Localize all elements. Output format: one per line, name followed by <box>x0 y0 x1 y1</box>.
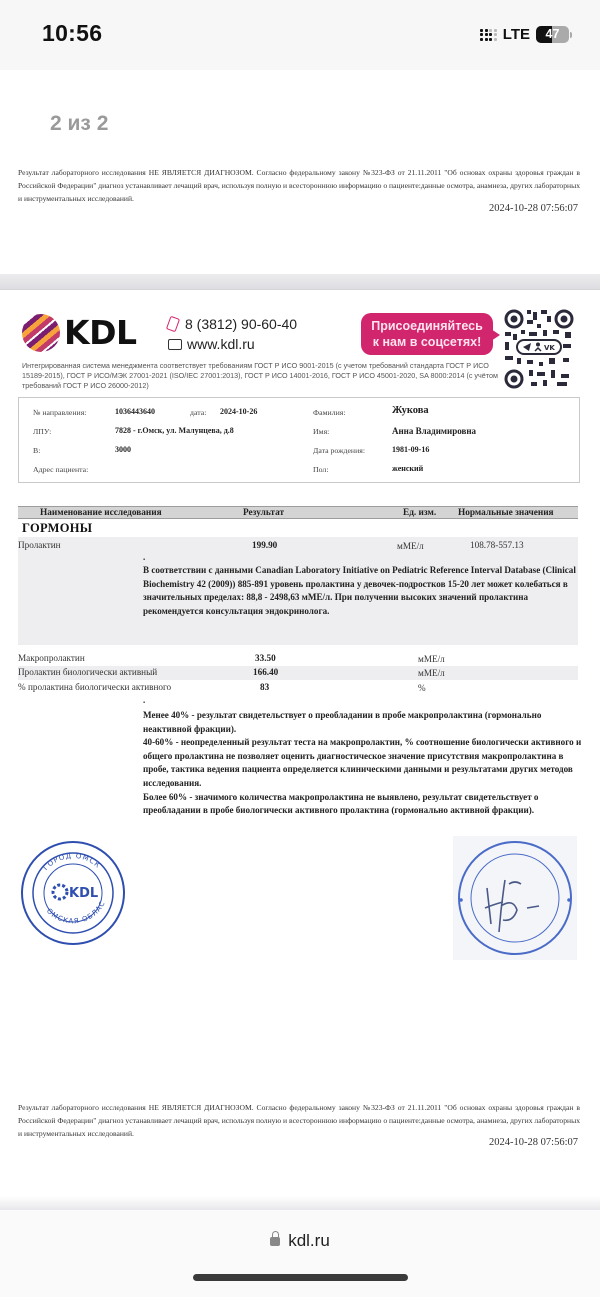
prolactin-note: В соответствии с данными Canadian Labora… <box>143 564 583 618</box>
row-name: % пролактина биологически активного <box>18 682 171 692</box>
disclaimer-bottom: Результат лабораторного исследования НЕ … <box>18 1101 580 1140</box>
kdl-logo: KDL <box>22 313 137 352</box>
referral-label: № направления: <box>33 408 86 417</box>
name-value: Анна Владимировна <box>392 426 476 436</box>
network-type: LTE <box>503 26 530 43</box>
v-label: В: <box>33 446 40 455</box>
svg-text:KDL: KDL <box>69 886 98 901</box>
url-bar[interactable]: kdl.ru <box>0 1231 600 1251</box>
col-result: Результат <box>243 507 284 519</box>
note-dot: . <box>143 694 145 708</box>
row-unit: мМЕ/л <box>418 654 445 664</box>
section-hormones: ГОРМОНЫ <box>22 521 92 536</box>
svg-text:ГОРОД ОМСК: ГОРОД ОМСК <box>42 852 102 872</box>
note-above-60: Более 60% - значимого количества макропр… <box>143 791 583 818</box>
home-indicator[interactable] <box>193 1274 408 1281</box>
note-dot: . <box>143 551 145 565</box>
row-unit: % <box>418 683 426 693</box>
svg-text:ОМСКАЯ ОБЛАСТЬ: ОМСКАЯ ОБЛАСТЬ <box>20 840 107 925</box>
row-name: Пролактин биологически активный <box>18 667 157 677</box>
name-label: Имя: <box>313 427 329 436</box>
col-unit: Ед. изм. <box>403 507 436 519</box>
v-value: 3000 <box>115 445 131 454</box>
row-unit: мМЕ/л <box>418 668 445 678</box>
col-test-name: Наименование исследования <box>40 507 162 519</box>
iso-certification: Интегрированная система менеджмента соот… <box>22 361 502 391</box>
col-reference: Нормальные значения <box>458 507 554 519</box>
macroprolactin-note: Менее 40% - результат свидетельствует о … <box>143 709 583 818</box>
row-range: 108.78-557.13 <box>470 540 524 550</box>
address-label: Адрес пациента: <box>33 465 88 474</box>
lab-seal-stamp-icon: ГОРОД ОМСК ОМСКАЯ ОБЛАСТЬ KDL <box>20 840 126 946</box>
referral-value: 1036443640 <box>115 407 155 416</box>
kdl-logo-icon <box>22 314 60 352</box>
results-table-header: Наименование исследования Результат Ед. … <box>18 506 578 519</box>
dob-label: Дата рождения: <box>313 446 365 455</box>
row-value: 33.50 <box>255 653 276 663</box>
lpu-value: 7828 - г.Омск, ул. Малунцева, д.8 <box>115 426 234 435</box>
disclaimer-top: Результат лабораторного исследования НЕ … <box>18 166 580 205</box>
dob-value: 1981-09-16 <box>392 445 429 454</box>
phone-icon <box>166 316 180 333</box>
website-link: www.kdl.ru <box>187 334 255 354</box>
row-value: 83 <box>260 682 269 692</box>
url-text: kdl.ru <box>288 1231 330 1250</box>
row-name: Макропролактин <box>18 653 85 663</box>
qr-code-icon: VK <box>503 308 575 390</box>
social-line-2: к нам в соцсетях! <box>361 334 493 350</box>
page-divider <box>0 274 600 290</box>
row-unit: мМЕ/л <box>397 541 424 551</box>
status-bar: 10:56 LTE 47 <box>0 0 600 70</box>
page-counter: 2 из 2 <box>50 112 108 136</box>
print-timestamp-bottom: 2024-10-28 07:56:07 <box>489 1137 578 1148</box>
doctor-stamp <box>453 836 577 960</box>
doctor-seal-icon <box>453 836 577 960</box>
surname-value: Жукова <box>392 405 429 416</box>
row-value: 166.40 <box>253 667 278 677</box>
phone-number: 8 (3812) 90-60-40 <box>185 314 297 334</box>
surname-label: Фамилия: <box>313 408 346 417</box>
contacts: 8 (3812) 90-60-40 www.kdl.ru <box>168 314 297 354</box>
social-banner: Присоединяйтесь к нам в соцсетях! <box>361 313 493 355</box>
note-below-40: Менее 40% - результат свидетельствует о … <box>143 709 583 736</box>
date-value: 2024-10-26 <box>220 407 257 416</box>
browser-bottom-bar: kdl.ru <box>0 1209 600 1297</box>
svg-text:VK: VK <box>544 344 555 352</box>
patient-info: № направления: 1036443640 дата: 2024-10-… <box>18 397 580 483</box>
kdl-brand: KDL <box>64 313 137 352</box>
status-indicators: LTE 47 <box>480 26 572 43</box>
lock-icon <box>270 1237 280 1246</box>
lpu-label: ЛПУ: <box>33 427 51 436</box>
battery-icon: 47 <box>536 26 569 43</box>
note-40-60: 40-60% - неопределенный результат теста … <box>143 736 583 790</box>
print-timestamp-top: 2024-10-28 07:56:07 <box>489 203 578 214</box>
row-value: 199.90 <box>252 540 277 550</box>
date-label: дата: <box>190 408 206 417</box>
status-time: 10:56 <box>42 20 102 47</box>
social-line-1: Присоединяйтесь <box>361 318 493 334</box>
battery-level: 47 <box>536 26 569 43</box>
row-name: Пролактин <box>18 540 61 550</box>
sex-label: Пол: <box>313 465 328 474</box>
battery-tip <box>570 32 572 38</box>
signal-icon <box>480 29 497 41</box>
monitor-icon <box>168 339 182 350</box>
sex-value: женский <box>392 464 423 473</box>
